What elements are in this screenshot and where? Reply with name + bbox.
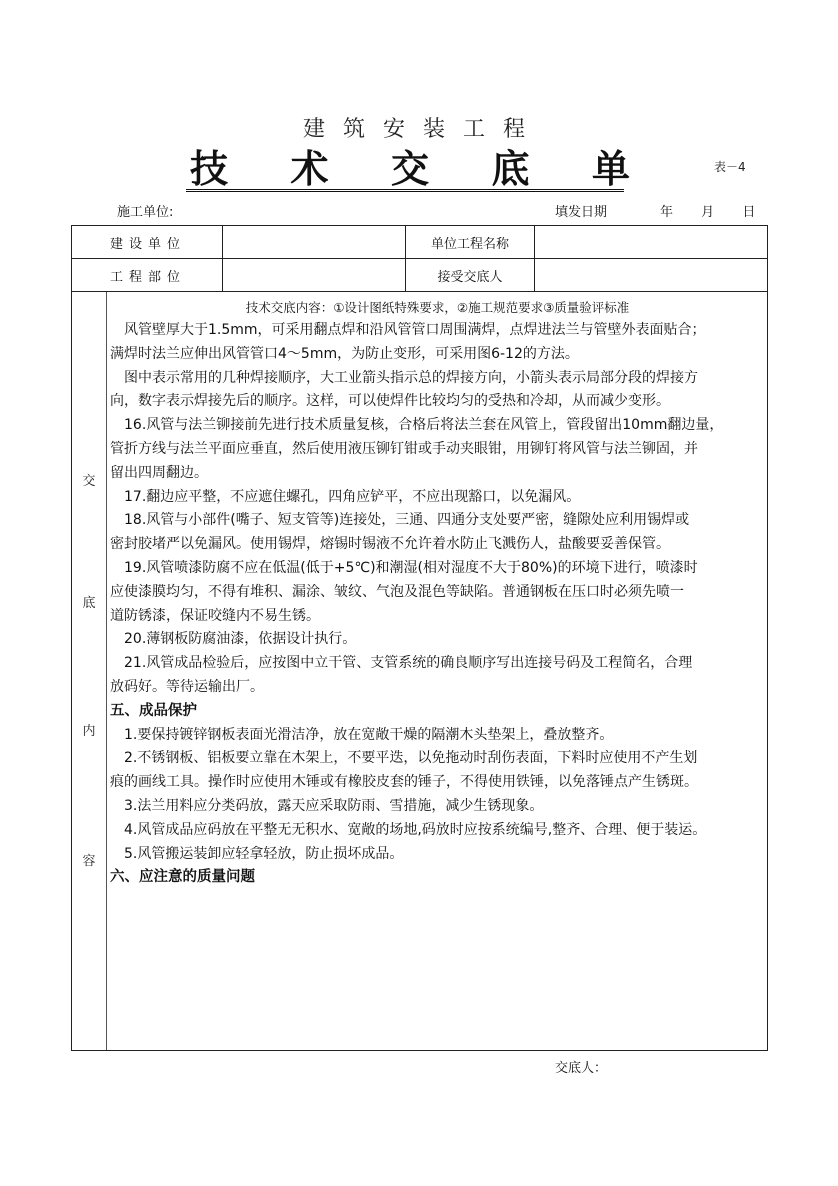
- project-location-label: 工程部位: [72, 259, 223, 291]
- content-line: 向，数字表示焊接先后的顺序。这样，可以使焊件比较均匀的受热和冷却，从而减少变形。: [108, 390, 767, 414]
- content-line: 2.不锈钢板、铝板要立靠在木架上，不要平迭，以免拖动时刮伤表面，下料时应使用不产…: [108, 747, 767, 771]
- disclosure-content-area: 交 底 内 容 技术交底内容：①设计图纸特殊要求，②施工规范要求③质量验评标准 …: [72, 292, 767, 1050]
- form-number: 表－4: [714, 158, 746, 175]
- content-line: 道防锈漆，保证咬缝内不易生锈。: [108, 605, 767, 629]
- month-label: 月: [701, 205, 714, 220]
- content-line: 16.风管与法兰铆接前先进行技术质量复核，合格后将法兰套在风管上，管段留出10m…: [108, 414, 767, 438]
- side-label-char: 内: [72, 720, 106, 739]
- content-line: 图中表示常用的几种焊接顺序，大工业箭头指示总的焊接方向，小箭头表示局部分段的焊接…: [108, 367, 767, 391]
- title-char: 术: [290, 138, 328, 193]
- content-line: 应使漆膜均匀，不得有堆积、漏涂、皱纹、气泡及混色等缺陷。普通钢板在压口时必须先喷…: [108, 581, 767, 605]
- recipient-value[interactable]: [535, 259, 767, 291]
- content-header: 技术交底内容：①设计图纸特殊要求，②施工规范要求③质量验评标准: [108, 297, 767, 319]
- unit-project-name-label: 单位工程名称: [406, 226, 535, 258]
- content-line: 18.风管与小部件(嘴子、短支管等)连接处，三通、四通分支处要严密，缝隙处应利用…: [108, 509, 767, 533]
- section-heading: 五、成品保护: [108, 700, 767, 724]
- recipient-label: 接受交底人: [406, 259, 535, 291]
- table-row-client: 建设单位 单位工程名称: [72, 226, 767, 259]
- document-title: 技 术 交 底 单: [190, 142, 630, 188]
- day-label: 日: [742, 205, 755, 220]
- table-row-location: 工程部位 接受交底人: [72, 259, 767, 292]
- title-double-rule: [186, 189, 624, 192]
- side-label-char: 底: [72, 592, 106, 611]
- content-line: 痕的画线工具。操作时应使用木锤或有橡胶皮套的锤子，不得使用铁锤，以免落锤点产生锈…: [108, 771, 767, 795]
- content-line: 4.风管成品应码放在平整无无积水、宽敞的场地,码放时应按系统编号,整齐、合理、便…: [108, 819, 767, 843]
- content-line: 3.法兰用料应分类码放，露天应采取防雨、雪措施，减少生锈现象。: [108, 795, 767, 819]
- client-unit-label: 建设单位: [72, 226, 223, 258]
- content-line: 19.风管喷漆防腐不应在低温(低于+5℃)和潮湿(相对湿度不大于80%)的环境下…: [108, 557, 767, 581]
- content-line: 风管壁厚大于1.5mm，可采用翻点焊和沿风管管口周围满焊，点焊进法兰与管壁外表面…: [108, 319, 767, 343]
- content-line: 5.风管搬运装卸应轻拿轻放，防止损坏成品。: [108, 843, 767, 867]
- content-line: 放码好。等待运输出厂。: [108, 676, 767, 700]
- content-line: 20.薄钢板防腐油漆，依据设计执行。: [108, 628, 767, 652]
- content-line: 满焊时法兰应伸出风管管口4～5mm，为防止变形，可采用图6-12的方法。: [108, 343, 767, 367]
- title-char: 技: [190, 138, 228, 193]
- issue-date-fields: 年 月 日: [660, 201, 769, 220]
- side-label-char: 交: [72, 470, 106, 489]
- title-char: 底: [491, 138, 529, 193]
- project-location-value[interactable]: [223, 259, 406, 291]
- issue-date-label: 填发日期: [555, 201, 607, 220]
- year-label: 年: [660, 205, 673, 220]
- content-line: 留出四周翻边。: [108, 462, 767, 486]
- content-lines: 风管壁厚大于1.5mm，可采用翻点焊和沿风管管口周围满焊，点焊进法兰与管壁外表面…: [108, 319, 767, 890]
- client-unit-value[interactable]: [223, 226, 406, 258]
- content-column: 技术交底内容：①设计图纸特殊要求，②施工规范要求③质量验评标准 风管壁厚大于1.…: [108, 292, 767, 1050]
- content-line: 管折方线与法兰平面应垂直，然后使用液压铆钉钳或手动夹眼钳，用铆钉将风管与法兰铆固…: [108, 438, 767, 462]
- content-line: 17.翻边应平整，不应遮住螺孔，四角应铲平，不应出现豁口，以免漏风。: [108, 486, 767, 510]
- disclosure-form-table: 建设单位 单位工程名称 工程部位 接受交底人 交 底 内 容 技术交底内容：①设…: [71, 225, 768, 1051]
- title-char: 交: [391, 138, 429, 193]
- section-heading: 六、应注意的质量问题: [108, 866, 767, 890]
- unit-project-name-value[interactable]: [535, 226, 767, 258]
- side-label-column: 交 底 内 容: [72, 292, 107, 1050]
- content-line: 密封胶堵严以免漏风。使用锡焊，熔锡时锡液不允许着水防止飞溅伤人，盐酸要妥善保管。: [108, 533, 767, 557]
- content-line: 21.风管成品检验后，应按图中立干管、支管系统的确良顺序写出连接号码及工程简名，…: [108, 652, 767, 676]
- side-label-char: 容: [72, 850, 106, 869]
- construction-unit-label: 施工单位:: [117, 201, 173, 220]
- content-line: 1.要保持镀锌钢板表面光滑洁净，放在宽敞干燥的隔潮木头垫架上，叠放整齐。: [108, 724, 767, 748]
- signer-label: 交底人：: [555, 1057, 607, 1076]
- title-char: 单: [592, 138, 630, 193]
